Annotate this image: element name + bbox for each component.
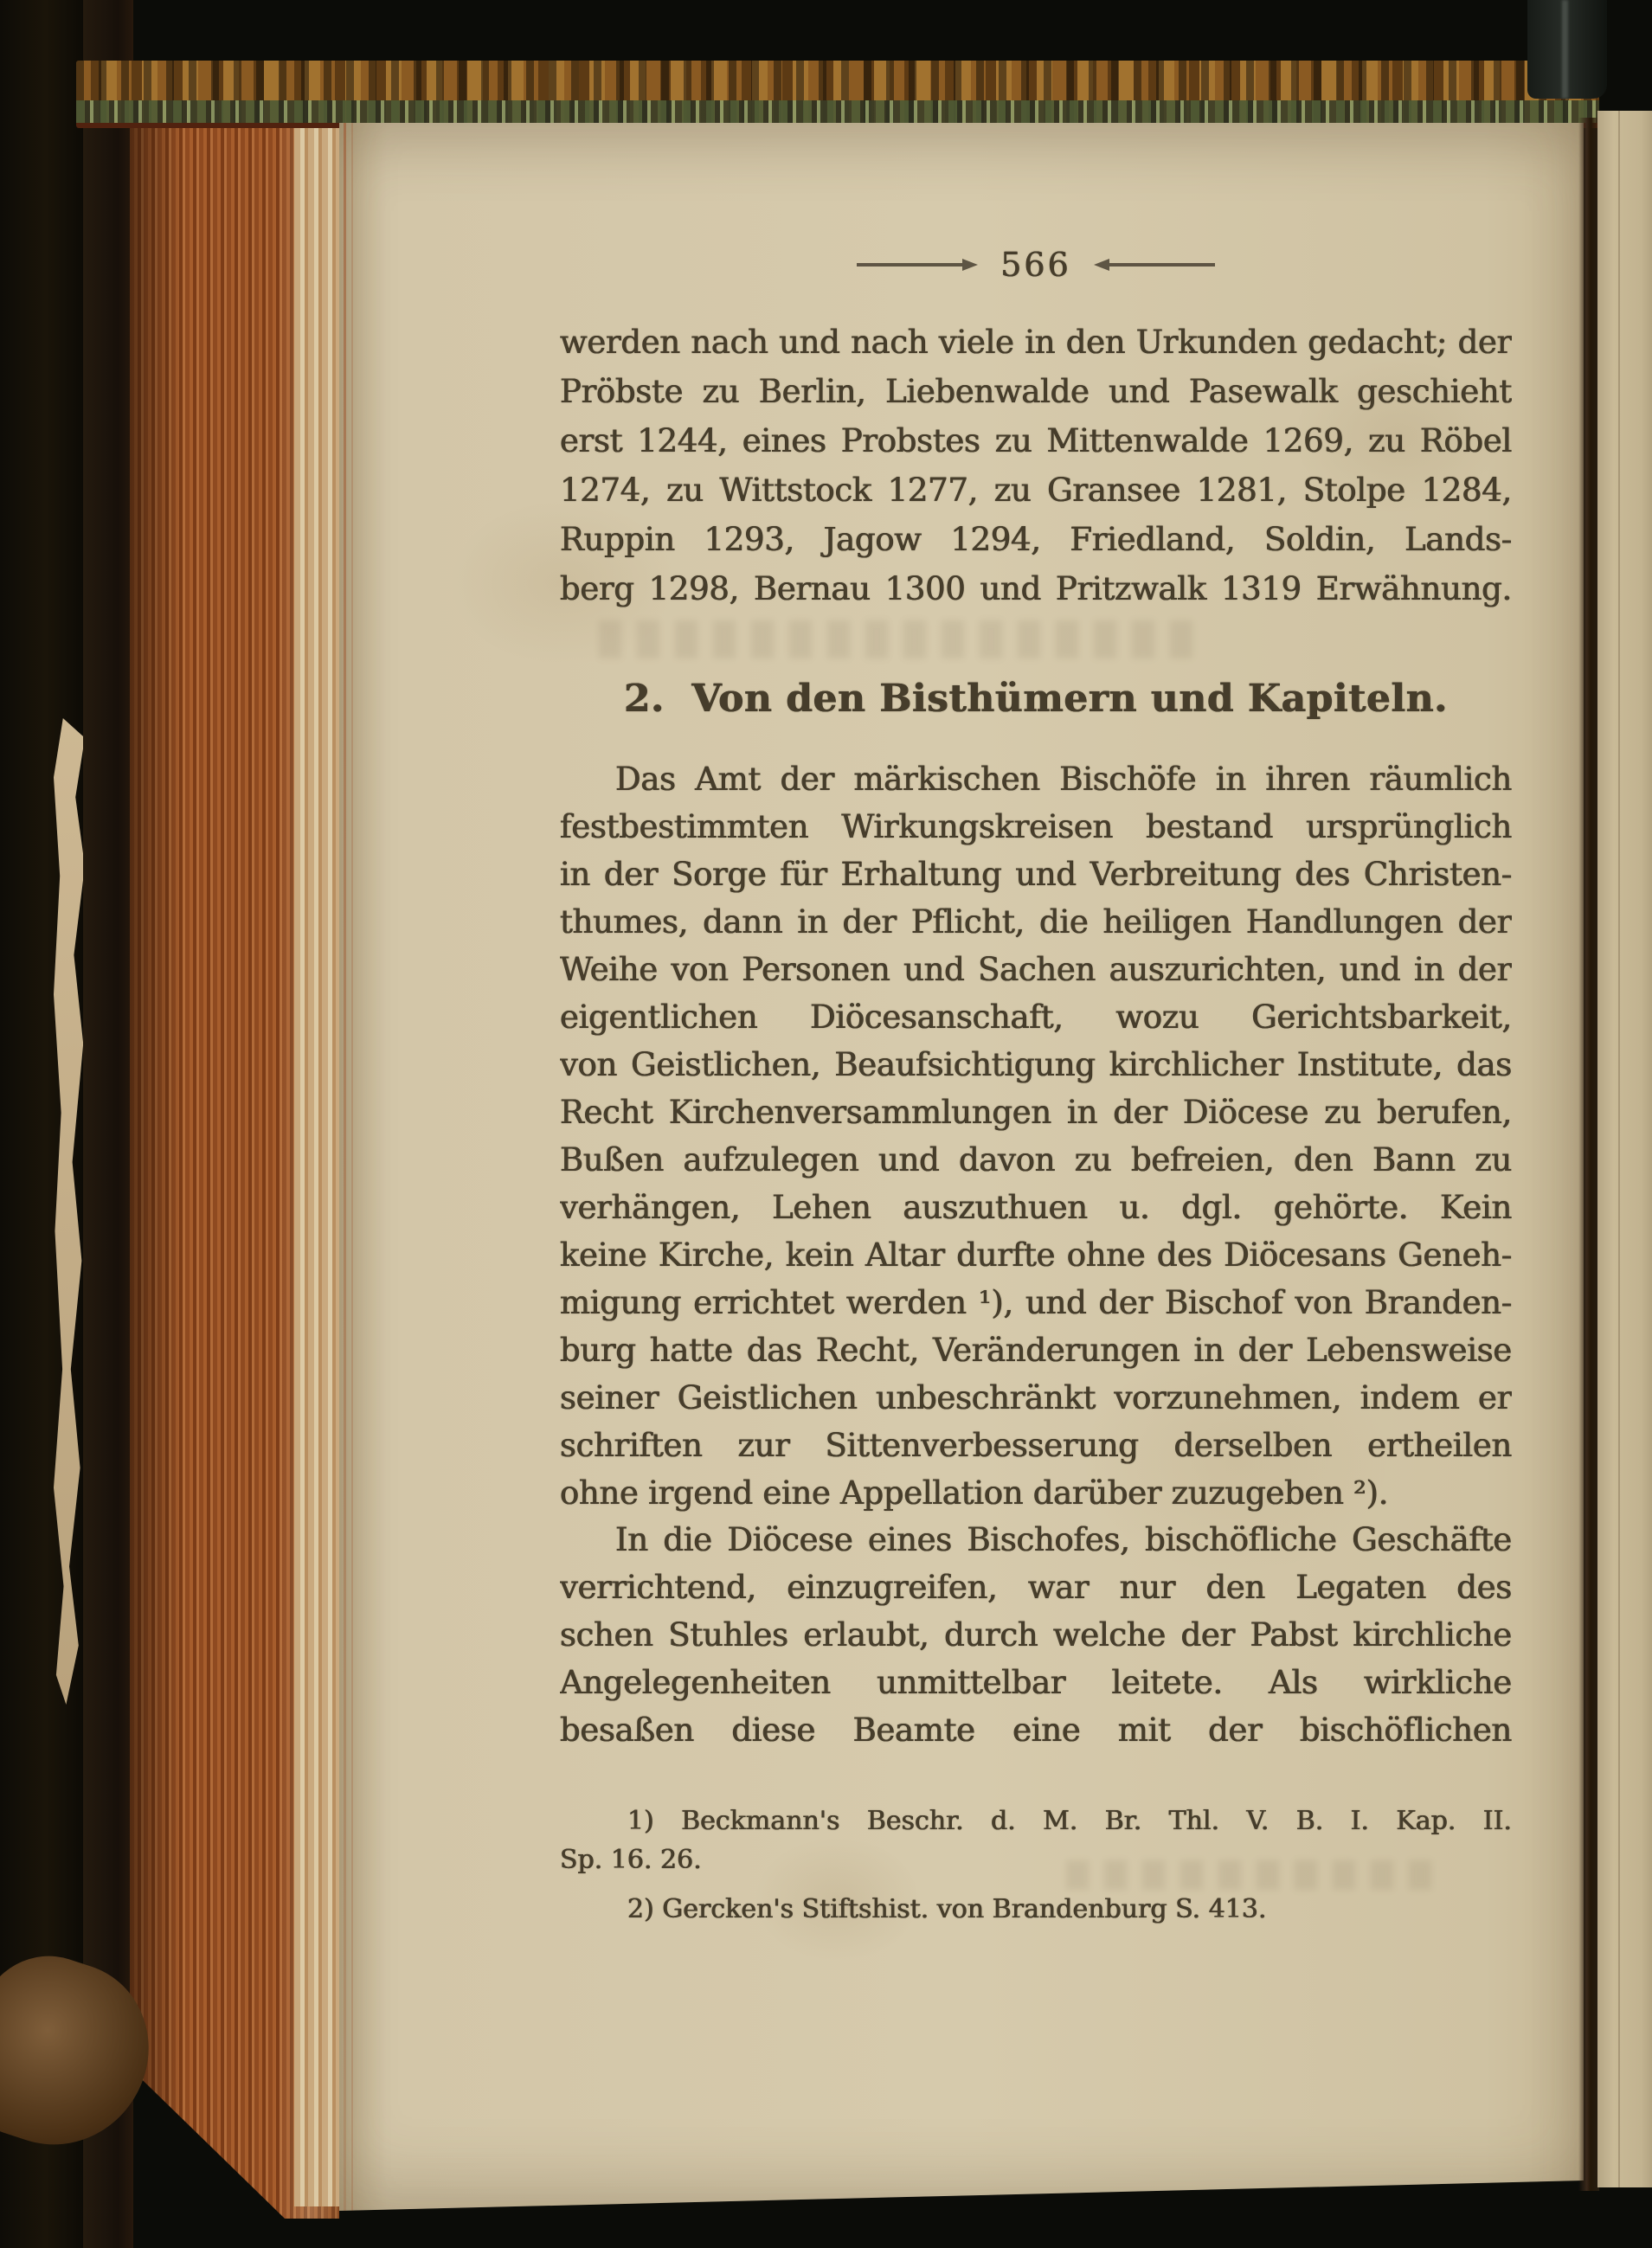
text-line: keine Kirche, kein Altar durfte ohne des…	[560, 1231, 1512, 1279]
text-line: erst 1244, eines Probstes zu Mittenwalde…	[560, 416, 1512, 466]
page-block-edge-transition	[294, 76, 339, 2206]
text-line: Pröbste zu Berlin, Liebenwalde und Pasew…	[560, 367, 1512, 416]
text-line: Weihe von Personen und Sachen auszuricht…	[560, 946, 1512, 993]
header-flourish-left-icon	[857, 263, 967, 267]
paragraph-bishops-duties: Das Amt der märkischen Bischöfe in ihren…	[560, 755, 1512, 1517]
adjacent-page-crease	[1578, 118, 1599, 2191]
show-through-smudge	[599, 620, 1205, 658]
page-header: 566	[560, 246, 1512, 284]
text-line: schriften zur Sittenverbesserung derselb…	[560, 1422, 1512, 1469]
spine-highlight	[1562, 0, 1568, 99]
text-line: eigentlichen Diöcesanschaft, wozu Gerich…	[560, 993, 1512, 1041]
footnote-2: 2) Gercken's Stiftshist. von Brandenburg…	[560, 1890, 1512, 1929]
text-line: berg 1298, Bernau 1300 und Pritzwalk 131…	[560, 564, 1512, 613]
text-line: besaßen diese Beamte eine mit der bischö…	[560, 1706, 1512, 1754]
text-line: in der Sorge für Erhaltung und Verbreitu…	[560, 851, 1512, 898]
text-line: 2) Gercken's Stiftshist. von Brandenburg…	[560, 1890, 1512, 1929]
text-line: Angelegenheiten unmittelbar leitete. Als…	[560, 1659, 1512, 1706]
text-line: Das Amt der märkischen Bischöfe in ihren…	[560, 755, 1512, 803]
underlying-page-edge-line	[1618, 111, 1620, 2187]
text-line: ohne irgend eine Appellation darüber zuz…	[560, 1469, 1512, 1517]
paragraph-continuation: werden nach und nach viele in den Urkund…	[560, 318, 1512, 613]
spine-fragment	[1527, 0, 1607, 99]
show-through-smudge	[1066, 1860, 1438, 1890]
headband-weave	[76, 100, 1599, 123]
text-line: burg hatte das Recht, Veränderungen in d…	[560, 1326, 1512, 1374]
book-headband	[76, 61, 1599, 128]
text-line: thumes, dann in der Pflicht, die heilige…	[560, 898, 1512, 946]
text-line: 1274, zu Wittstock 1277, zu Gransee 1281…	[560, 466, 1512, 515]
text-line: von Geistlichen, Beaufsichtigung kirchli…	[560, 1041, 1512, 1089]
cover-inner-shadow	[83, 0, 133, 2248]
text-line: seiner Geistlichen unbeschränkt vorzuneh…	[560, 1374, 1512, 1422]
text-line: Recht Kirchenversammlungen in der Diöces…	[560, 1089, 1512, 1136]
text-line: werden nach und nach viele in den Urkund…	[560, 318, 1512, 367]
text-line: festbestimmten Wirkungskreisen bestand u…	[560, 803, 1512, 851]
text-line: In die Diöcese eines Bischofes, bischöfl…	[560, 1516, 1512, 1564]
text-line: verhängen, Lehen auszuthuen u. dgl. gehö…	[560, 1184, 1512, 1231]
text-line: Bußen aufzulegen und davon zu befreien, …	[560, 1136, 1512, 1184]
underlying-page-edge	[1597, 111, 1652, 2187]
page-number: 566	[1000, 246, 1071, 284]
edge-stain-line	[351, 123, 353, 2213]
text-line: schen Stuhles erlaubt, durch welche der …	[560, 1611, 1512, 1659]
edge-stain-line	[344, 123, 346, 2213]
section-heading: 2. Von den Bisthümern und Kapiteln.	[560, 677, 1512, 721]
header-flourish-right-icon	[1104, 263, 1215, 267]
photo-of-book-page: 566 werden nach und nach viele in den Ur…	[0, 0, 1652, 2248]
book-page: 566 werden nach und nach viele in den Ur…	[339, 123, 1584, 2213]
text-line: 1) Beckmann's Beschr. d. M. Br. Thl. V. …	[560, 1802, 1512, 1840]
paragraph-legates: In die Diöcese eines Bischofes, bischöfl…	[560, 1516, 1512, 1754]
text-line: verrichtend, einzugreifen, war nur den L…	[560, 1564, 1512, 1611]
text-line: Ruppin 1293, Jagow 1294, Friedland, Sold…	[560, 515, 1512, 564]
text-line: migung errichtet werden ¹), und der Bisc…	[560, 1279, 1512, 1326]
